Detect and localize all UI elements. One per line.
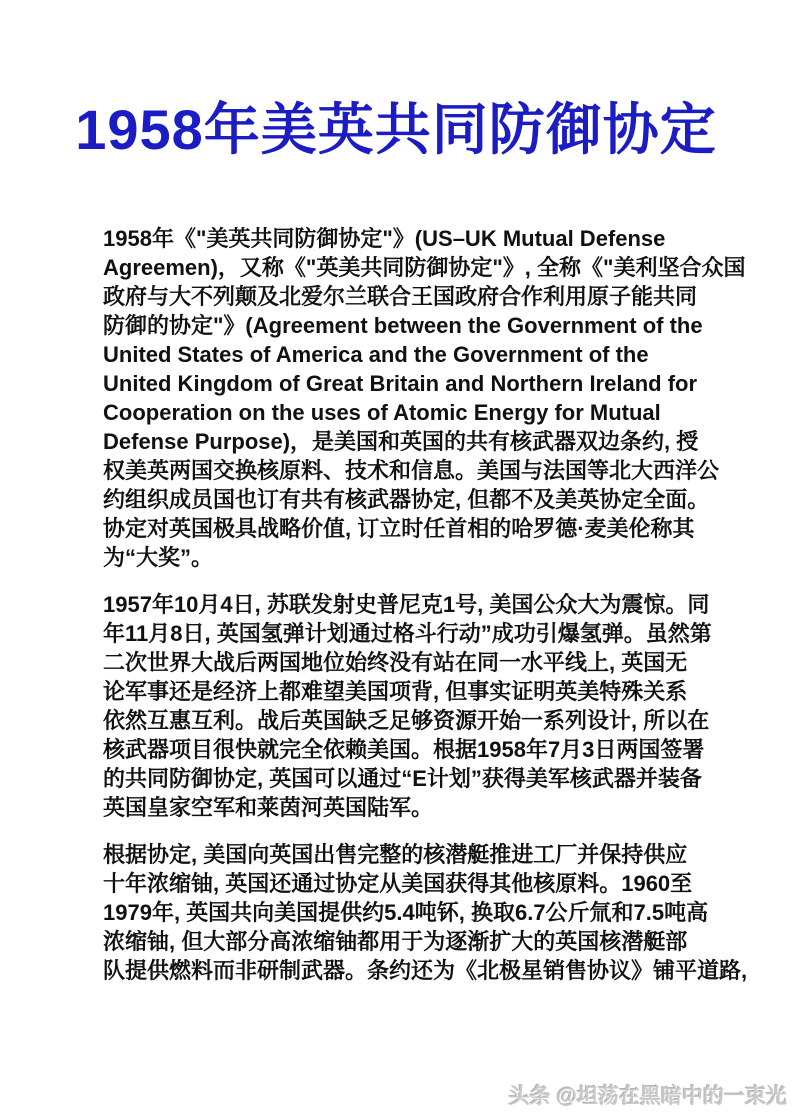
text-line: 队提供燃料而非研制武器。条约还为《北极星销售协议》铺平道路, bbox=[103, 956, 692, 985]
paragraph-history: 1957年10月4日, 苏联发射史普尼克1号, 美国公众大为震惊。同年11月8日… bbox=[103, 590, 692, 822]
text-line: United Kingdom of Great Britain and Nort… bbox=[103, 369, 692, 398]
watermark: 头条 @坦荡在黑暗中的一束光 bbox=[509, 1086, 787, 1107]
text-line: 1958年《"美英共同防御协定"》(US–UK Mutual Defense bbox=[103, 224, 692, 253]
paragraph-intro: 1958年《"美英共同防御协定"》(US–UK Mutual DefenseAg… bbox=[103, 224, 692, 572]
paragraph-terms: 根据协定, 美国向英国出售完整的核潜艇推进工厂并保持供应十年浓缩铀, 英国还通过… bbox=[103, 840, 692, 985]
text-line: 权美英两国交换核原料、技术和信息。美国与法国等北大西洋公 bbox=[103, 456, 692, 485]
text-line: 为“大奖”。 bbox=[103, 543, 692, 572]
text-line: 约组织成员国也订有共有核武器协定, 但都不及美英协定全面。 bbox=[103, 485, 692, 514]
text-line: 浓缩铀, 但大部分高浓缩铀都用于为逐渐扩大的英国核潜艇部 bbox=[103, 927, 692, 956]
text-line: 政府与大不列颠及北爱尔兰联合王国政府合作利用原子能共同 bbox=[103, 282, 692, 311]
text-line: 依然互惠互利。战后英国缺乏足够资源开始一系列设计, 所以在 bbox=[103, 706, 692, 735]
text-line: United States of America and the Governm… bbox=[103, 340, 692, 369]
text-line: Defense Purpose)，是美国和英国的共有核武器双边条约, 授 bbox=[103, 427, 692, 456]
text-line: 根据协定, 美国向英国出售完整的核潜艇推进工厂并保持供应 bbox=[103, 840, 692, 869]
text-line: 的共同防御协定, 英国可以通过“E计划”获得美军核武器并装备 bbox=[103, 764, 692, 793]
text-line: 协定对英国极具战略价值, 订立时任首相的哈罗德·麦美伦称其 bbox=[103, 514, 692, 543]
text-line: 论军事还是经济上都难望美国项背, 但事实证明英美特殊关系 bbox=[103, 677, 692, 706]
text-line: 英国皇家空军和莱茵河英国陆军。 bbox=[103, 793, 692, 822]
document-page: { "page": { "title": "1958年美英共同防御协定", "c… bbox=[0, 0, 792, 1120]
text-line: 1957年10月4日, 苏联发射史普尼克1号, 美国公众大为震惊。同 bbox=[103, 590, 692, 619]
text-line: 年11月8日, 英国氢弹计划通过格斗行动”成功引爆氢弹。虽然第 bbox=[103, 619, 692, 648]
article-body: 1958年《"美英共同防御协定"》(US–UK Mutual DefenseAg… bbox=[0, 224, 792, 985]
text-line: 防御的协定"》(Agreement between the Government… bbox=[103, 311, 692, 340]
text-line: Cooperation on the uses of Atomic Energy… bbox=[103, 398, 692, 427]
text-line: Agreemen)，又称《"英美共同防御协定"》, 全称《"美利坚合众国 bbox=[103, 253, 692, 282]
text-line: 核武器项目很快就完全依赖美国。根据1958年7月3日两国签署 bbox=[103, 735, 692, 764]
text-line: 1979年, 英国共向美国提供约5.4吨钚, 换取6.7公斤氚和7.5吨高 bbox=[103, 898, 692, 927]
page-title: 1958年美英共同防御协定 bbox=[0, 94, 792, 167]
text-line: 十年浓缩铀, 英国还通过协定从美国获得其他核原料。1960至 bbox=[103, 869, 692, 898]
text-line: 二次世界大战后两国地位始终没有站在同一水平线上, 英国无 bbox=[103, 648, 692, 677]
